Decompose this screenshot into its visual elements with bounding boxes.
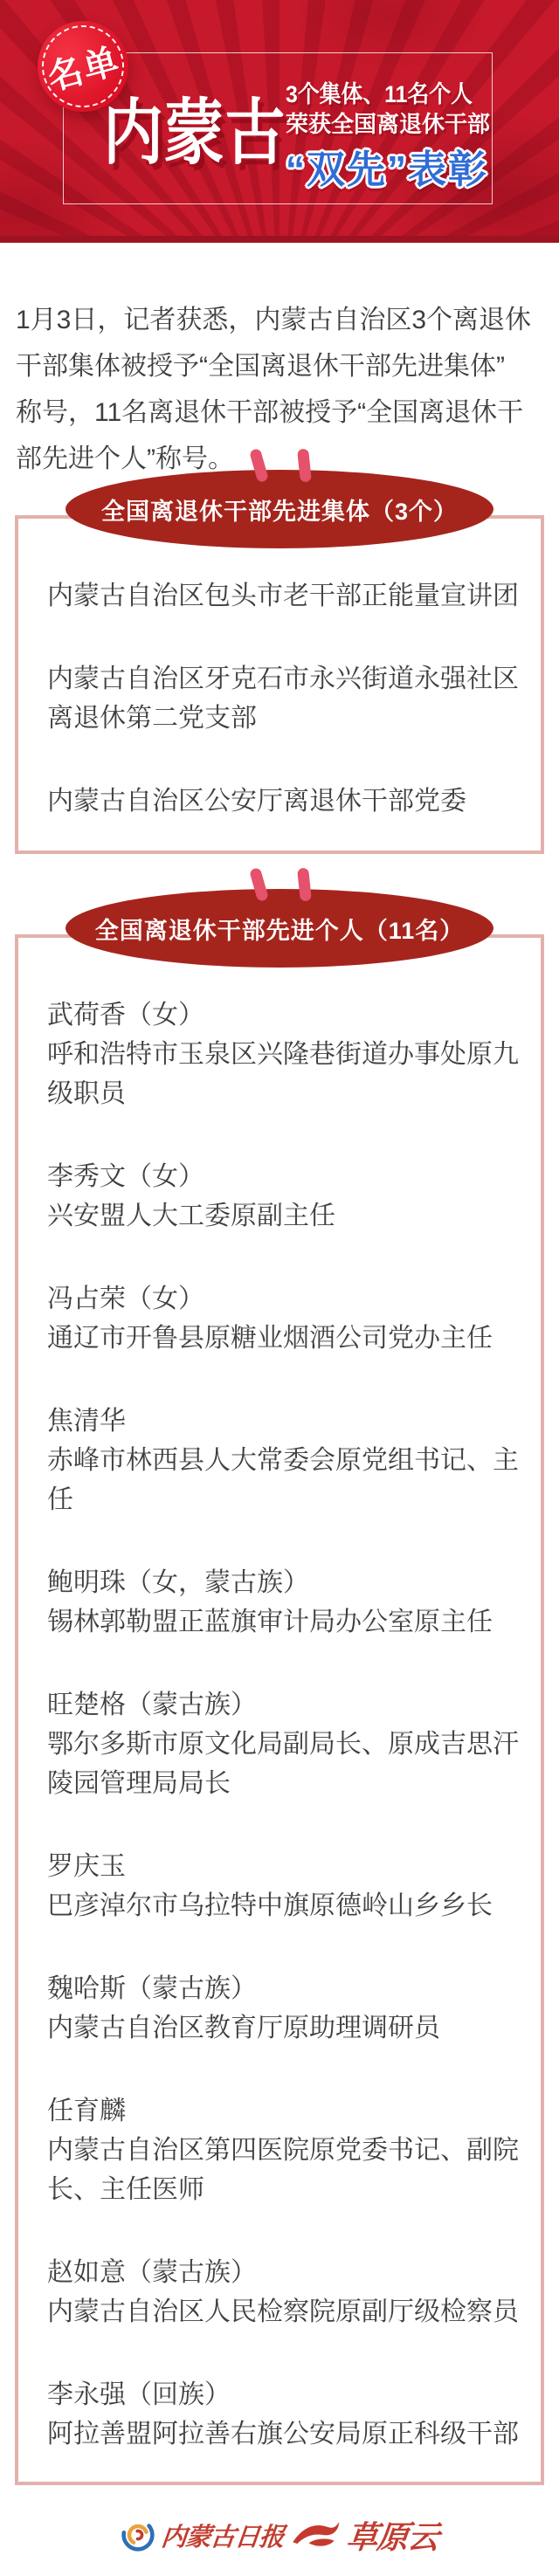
list-item-person: 李永强（回族）阿拉善盟阿拉善右旗公安局原正科级干部 xyxy=(47,2375,526,2454)
person-name: 武荷香（女） xyxy=(47,995,526,1035)
list-item-org: 内蒙古自治区公安厅离退休干部党委 xyxy=(47,782,526,821)
brand-name-left: 内蒙古日报 xyxy=(160,2517,286,2553)
person-name: 焦清华 xyxy=(47,1402,526,1441)
intro-paragraph: 1月3日，记者获悉，内蒙古自治区3个离退休 干部集体被授予“全国离退休干部先进集… xyxy=(16,297,543,482)
section-collectives-header: 全国离退休干部先进集体（3个） xyxy=(66,470,493,548)
section-title: 全国离退休干部先进个人（11名） xyxy=(95,912,465,946)
list-item-person: 李秀文（女）兴安盟人大工委原副主任 xyxy=(47,1157,526,1236)
collectives-list: 内蒙古自治区包头市老干部正能量宣讲团内蒙古自治区牙克石市永兴街道永强社区离退休第… xyxy=(47,576,526,821)
person-title: 内蒙古自治区教育厅原助理调研员 xyxy=(47,2008,526,2048)
infographic-page: 名单 内蒙古 3个集体、11名个人 荣获全国离退休干部 “双先”表彰 1月3日，… xyxy=(0,0,559,2576)
list-item-person: 任育麟内蒙古自治区第四医院原党委书记、副院长、主任医师 xyxy=(47,2091,526,2209)
collectives-card: 内蒙古自治区包头市老干部正能量宣讲团内蒙古自治区牙克石市永兴街道永强社区离退休第… xyxy=(15,515,544,854)
person-name: 罗庆玉 xyxy=(47,1847,526,1886)
section-title: 全国离退休干部先进集体（3个） xyxy=(101,492,458,527)
person-title: 锡林郭勒盟正蓝旗审计局办公室原主任 xyxy=(47,1602,526,1642)
cloud-swoosh-icon xyxy=(290,2518,341,2552)
list-item-person: 旺楚格（蒙古族）鄂尔多斯市原文化局副局长、原成吉思汗陵园管理局局长 xyxy=(47,1685,526,1803)
person-name: 冯占荣（女） xyxy=(47,1279,526,1319)
person-title: 鄂尔多斯市原文化局副局长、原成吉思汗陵园管理局局长 xyxy=(47,1725,526,1803)
person-title: 兴安盟人大工委原副主任 xyxy=(47,1196,526,1236)
list-item-person: 赵如意（蒙古族）内蒙古自治区人民检察院原副厅级检察员 xyxy=(47,2253,526,2331)
banner: 名单 内蒙古 3个集体、11名个人 荣获全国离退休干部 “双先”表彰 xyxy=(0,0,559,243)
section-individuals-header: 全国离退休干部先进个人（11名） xyxy=(66,889,493,968)
person-name: 任育麟 xyxy=(47,2091,526,2131)
list-item-person: 罗庆玉巴彦淖尔市乌拉特中旗原德岭山乡乡长 xyxy=(47,1847,526,1925)
people-list: 武荷香（女）呼和浩特市玉泉区兴隆巷街道办事处原九级职员李秀文（女）兴安盟人大工委… xyxy=(47,995,526,2454)
list-item-org: 内蒙古自治区包头市老干部正能量宣讲团 xyxy=(47,576,526,616)
person-title: 呼和浩特市玉泉区兴隆巷街道办事处原九级职员 xyxy=(47,1035,526,1113)
banner-bottom-strip xyxy=(0,236,559,243)
intro-line: 称号，11名离退休干部被授予“全国离退休干 xyxy=(16,389,543,436)
list-item-person: 武荷香（女）呼和浩特市玉泉区兴隆巷街道办事处原九级职员 xyxy=(47,995,526,1113)
person-name: 赵如意（蒙古族） xyxy=(47,2253,526,2292)
footer-logo: 内蒙古日报 草原云 xyxy=(0,2515,559,2555)
list-item-person: 冯占荣（女）通辽市开鲁县原糖业烟酒公司党办主任 xyxy=(47,1279,526,1358)
person-name: 李永强（回族） xyxy=(47,2375,526,2414)
region-title: 内蒙古 xyxy=(103,98,286,169)
banner-subtitle-line-2: 荣获全国离退休干部 xyxy=(286,107,490,139)
list-item-person: 鲍明珠（女，蒙古族）锡林郭勒盟正蓝旗审计局办公室原主任 xyxy=(47,1563,526,1642)
intro-line: 1月3日，记者获悉，内蒙古自治区3个离退休 xyxy=(16,297,543,343)
person-title: 内蒙古自治区第四医院原党委书记、副院长、主任医师 xyxy=(47,2131,526,2209)
banner-highlight-title: “双先”表彰 xyxy=(286,138,488,194)
list-item-person: 魏哈斯（蒙古族）内蒙古自治区教育厅原助理调研员 xyxy=(47,1969,526,2048)
newspaper-swirl-logo-icon xyxy=(121,2517,155,2552)
person-name: 李秀文（女） xyxy=(47,1157,526,1196)
quote-mark-icon xyxy=(297,867,312,901)
person-title: 通辽市开鲁县原糖业烟酒公司党办主任 xyxy=(47,1319,526,1358)
person-title: 内蒙古自治区人民检察院原副厅级检察员 xyxy=(47,2292,526,2331)
person-name: 鲍明珠（女，蒙古族） xyxy=(47,1563,526,1602)
person-title: 阿拉善盟阿拉善右旗公安局原正科级干部 xyxy=(47,2414,526,2454)
quote-mark-icon xyxy=(249,867,269,902)
list-item-person: 焦清华赤峰市林西县人大常委会原党组书记、主任 xyxy=(47,1402,526,1519)
banner-subtitle-line-1: 3个集体、11名个人 xyxy=(286,75,473,109)
section-collectives: 全国离退休干部先进集体（3个） 内蒙古自治区包头市老干部正能量宣讲团内蒙古自治区… xyxy=(0,470,559,854)
section-individuals: 全国离退休干部先进个人（11名） 武荷香（女）呼和浩特市玉泉区兴隆巷街道办事处原… xyxy=(0,889,559,2485)
individuals-card: 武荷香（女）呼和浩特市玉泉区兴隆巷街道办事处原九级职员李秀文（女）兴安盟人大工委… xyxy=(15,934,544,2485)
list-item-org: 内蒙古自治区牙克石市永兴街道永强社区离退休第二党支部 xyxy=(47,659,526,738)
person-name: 魏哈斯（蒙古族） xyxy=(47,1969,526,2008)
brand-name-right: 草原云 xyxy=(344,2513,440,2558)
intro-line: 干部集体被授予“全国离退休干部先进集体” xyxy=(16,343,543,389)
person-title: 赤峰市林西县人大常委会原党组书记、主任 xyxy=(47,1441,526,1519)
person-name: 旺楚格（蒙古族） xyxy=(47,1685,526,1725)
person-title: 巴彦淖尔市乌拉特中旗原德岭山乡乡长 xyxy=(47,1886,526,1925)
